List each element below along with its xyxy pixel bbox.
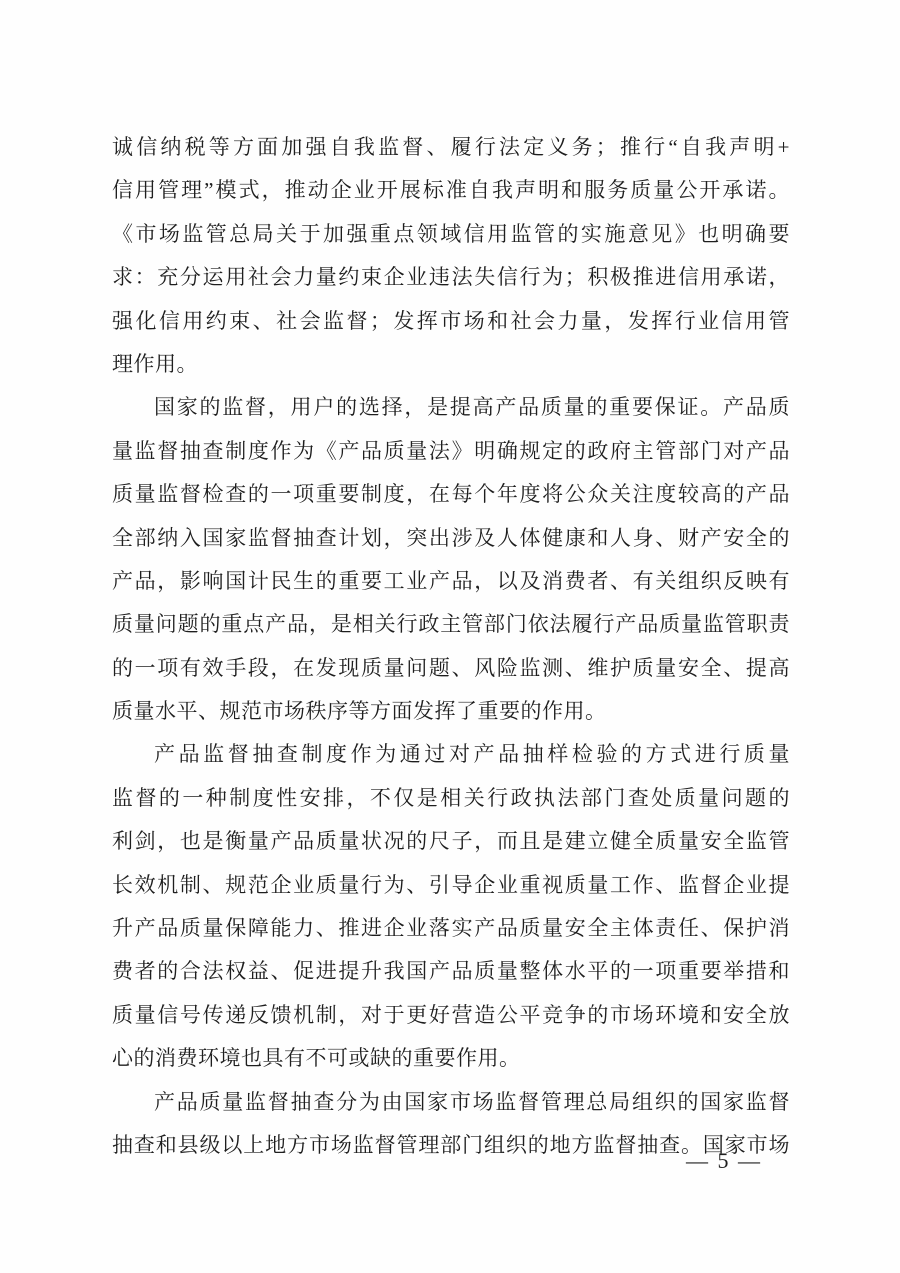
text-line: 强化信用约束、社会监督；发挥市场和社会力量，发挥行业信用管 <box>112 300 790 343</box>
text-line: 理作用。 <box>112 343 790 386</box>
text-line: 产品监督抽查制度作为通过对产品抽样检验的方式进行质量 <box>112 733 790 776</box>
paragraph: 诚信纳税等方面加强自我监督、履行法定义务；推行“自我声明+信用管理”模式，推动企… <box>112 126 790 386</box>
text-line: 信用管理”模式，推动企业开展标准自我声明和服务质量公开承诺。 <box>112 169 790 212</box>
text-line: 国家的监督，用户的选择，是提高产品质量的重要保证。产品质 <box>112 386 790 429</box>
paragraph: 国家的监督，用户的选择，是提高产品质量的重要保证。产品质量监督抽查制度作为《产品… <box>112 386 790 733</box>
text-line: 长效机制、规范企业质量行为、引导企业重视质量工作、监督企业提 <box>112 864 790 907</box>
text-line: 求：充分运用社会力量约束企业违法失信行为；积极推进信用承诺， <box>112 256 790 299</box>
text-line: 心的消费环境也具有不可或缺的重要作用。 <box>112 1037 790 1080</box>
document-text: 诚信纳税等方面加强自我监督、履行法定义务；推行“自我声明+信用管理”模式，推动企… <box>112 126 790 1167</box>
text-line: 全部纳入国家监督抽查计划，突出涉及人体健康和人身、财产安全的 <box>112 517 790 560</box>
text-line: 《市场监管总局关于加强重点领域信用监管的实施意见》也明确要 <box>112 213 790 256</box>
text-line: 质量问题的重点产品，是相关行政主管部门依法履行产品质量监管职责 <box>112 603 790 646</box>
page-number: — 5 — <box>686 1146 762 1176</box>
text-line: 量监督抽查制度作为《产品质量法》明确规定的政府主管部门对产品 <box>112 430 790 473</box>
text-line: 的一项有效手段，在发现质量问题、风险监测、维护质量安全、提高 <box>112 647 790 690</box>
text-line: 质量监督检查的一项重要制度，在每个年度将公众关注度较高的产品 <box>112 473 790 516</box>
text-line: 产品，影响国计民生的重要工业产品，以及消费者、有关组织反映有 <box>112 560 790 603</box>
text-line: 质量信号传递反馈机制，对于更好营造公平竞争的市场环境和安全放 <box>112 994 790 1037</box>
paragraph: 产品监督抽查制度作为通过对产品抽样检验的方式进行质量监督的一种制度性安排，不仅是… <box>112 733 790 1080</box>
text-line: 升产品质量保障能力、推进企业落实产品质量安全主体责任、保护消 <box>112 907 790 950</box>
text-line: 利剑，也是衡量产品质量状况的尺子，而且是建立健全质量安全监管 <box>112 820 790 863</box>
text-line: 监督的一种制度性安排，不仅是相关行政执法部门查处质量问题的 <box>112 777 790 820</box>
document-page: 诚信纳税等方面加强自我监督、履行法定义务；推行“自我声明+信用管理”模式，推动企… <box>0 0 900 1273</box>
text-line: 质量水平、规范市场秩序等方面发挥了重要的作用。 <box>112 690 790 733</box>
text-line: 诚信纳税等方面加强自我监督、履行法定义务；推行“自我声明+ <box>112 126 790 169</box>
text-line: 费者的合法权益、促进提升我国产品质量整体水平的一项重要举措和 <box>112 950 790 993</box>
text-line: 产品质量监督抽查分为由国家市场监督管理总局组织的国家监督 <box>112 1081 790 1124</box>
